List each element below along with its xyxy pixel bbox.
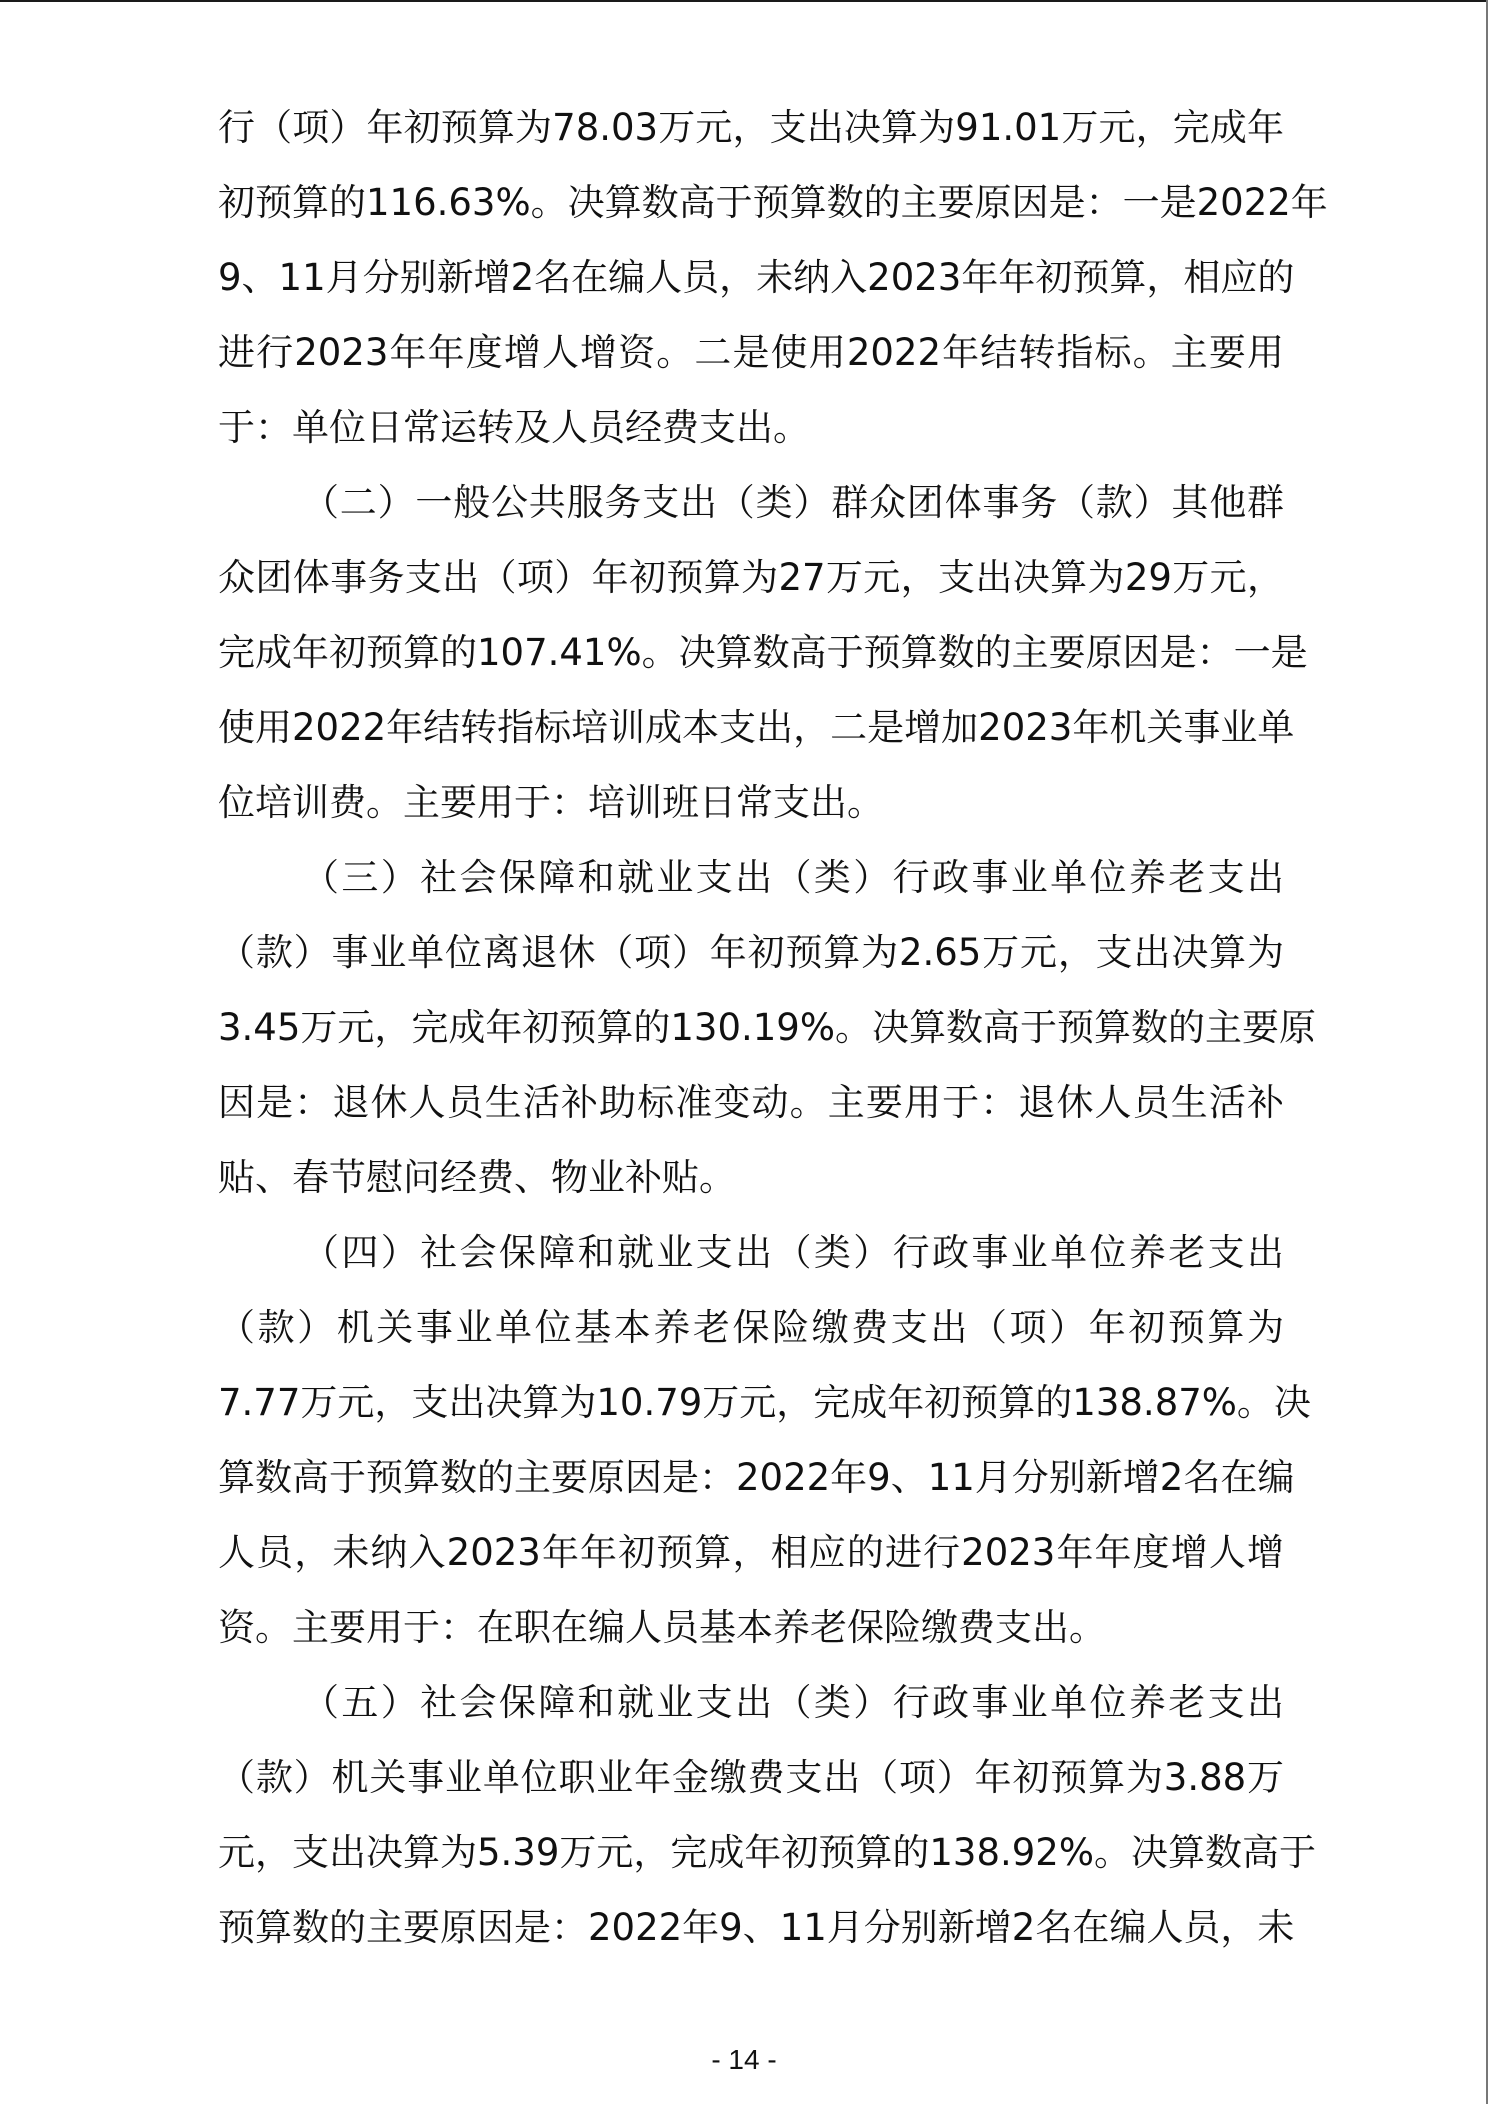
paragraph-continuation: 行（项）年初预算为78.03万元，支出决算为91.01万元，完成年 初预算的11… <box>218 90 1284 465</box>
text-line: 位培训费。主要用于：培训班日常支出。 <box>218 765 1284 840</box>
text-line: 预算数的主要原因是：2022年9、11月分别新增2名在编人员，未 <box>218 1890 1284 1965</box>
text-line: 因是：退休人员生活补助标准变动。主要用于：退休人员生活补 <box>218 1065 1284 1140</box>
text-line: 贴、春节慰问经费、物业补贴。 <box>218 1140 1284 1215</box>
text-line: （四）社会保障和就业支出（类）行政事业单位养老支出 <box>218 1215 1284 1290</box>
text-line: 人员，未纳入2023年年初预算，相应的进行2023年年度增人增 <box>218 1515 1284 1590</box>
text-line: （款）机关事业单位职业年金缴费支出（项）年初预算为3.88万 <box>218 1740 1284 1815</box>
text-line: 资。主要用于：在职在编人员基本养老保险缴费支出。 <box>218 1590 1284 1665</box>
text-line: （款）事业单位离退休（项）年初预算为2.65万元，支出决算为 <box>218 915 1284 990</box>
text-line: 使用2022年结转指标培训成本支出，二是增加2023年机关事业单 <box>218 690 1284 765</box>
text-line: （二）一般公共服务支出（类）群众团体事务（款）其他群 <box>218 465 1284 540</box>
paragraph-section-4: （四）社会保障和就业支出（类）行政事业单位养老支出 （款）机关事业单位基本养老保… <box>218 1215 1284 1665</box>
text-line: 7.77万元，支出决算为10.79万元，完成年初预算的138.87%。决 <box>218 1365 1284 1440</box>
text-line: 于：单位日常运转及人员经费支出。 <box>218 390 1284 465</box>
text-line: （五）社会保障和就业支出（类）行政事业单位养老支出 <box>218 1665 1284 1740</box>
text-line: 初预算的116.63%。决算数高于预算数的主要原因是：一是2022年 <box>218 165 1284 240</box>
text-line: 元，支出决算为5.39万元，完成年初预算的138.92%。决算数高于 <box>218 1815 1284 1890</box>
text-line: （款）机关事业单位基本养老保险缴费支出（项）年初预算为 <box>218 1290 1284 1365</box>
text-line: 进行2023年年度增人增资。二是使用2022年结转指标。主要用 <box>218 315 1284 390</box>
text-line: 算数高于预算数的主要原因是：2022年9、11月分别新增2名在编 <box>218 1440 1284 1515</box>
text-line: 众团体事务支出（项）年初预算为27万元，支出决算为29万元， <box>218 540 1284 615</box>
paragraph-section-5: （五）社会保障和就业支出（类）行政事业单位养老支出 （款）机关事业单位职业年金缴… <box>218 1665 1284 1965</box>
text-line: 行（项）年初预算为78.03万元，支出决算为91.01万元，完成年 <box>218 90 1284 165</box>
page-top-border <box>0 0 1488 2</box>
text-line: 完成年初预算的107.41%。决算数高于预算数的主要原因是：一是 <box>218 615 1284 690</box>
document-page: 行（项）年初预算为78.03万元，支出决算为91.01万元，完成年 初预算的11… <box>218 90 1284 1965</box>
text-line: 9、11月分别新增2名在编人员，未纳入2023年年初预算，相应的 <box>218 240 1284 315</box>
paragraph-section-3: （三）社会保障和就业支出（类）行政事业单位养老支出 （款）事业单位离退休（项）年… <box>218 840 1284 1215</box>
page-number: - 14 - <box>0 2044 1488 2076</box>
paragraph-section-2: （二）一般公共服务支出（类）群众团体事务（款）其他群 众团体事务支出（项）年初预… <box>218 465 1284 840</box>
text-line: 3.45万元，完成年初预算的130.19%。决算数高于预算数的主要原 <box>218 990 1284 1065</box>
text-line: （三）社会保障和就业支出（类）行政事业单位养老支出 <box>218 840 1284 915</box>
